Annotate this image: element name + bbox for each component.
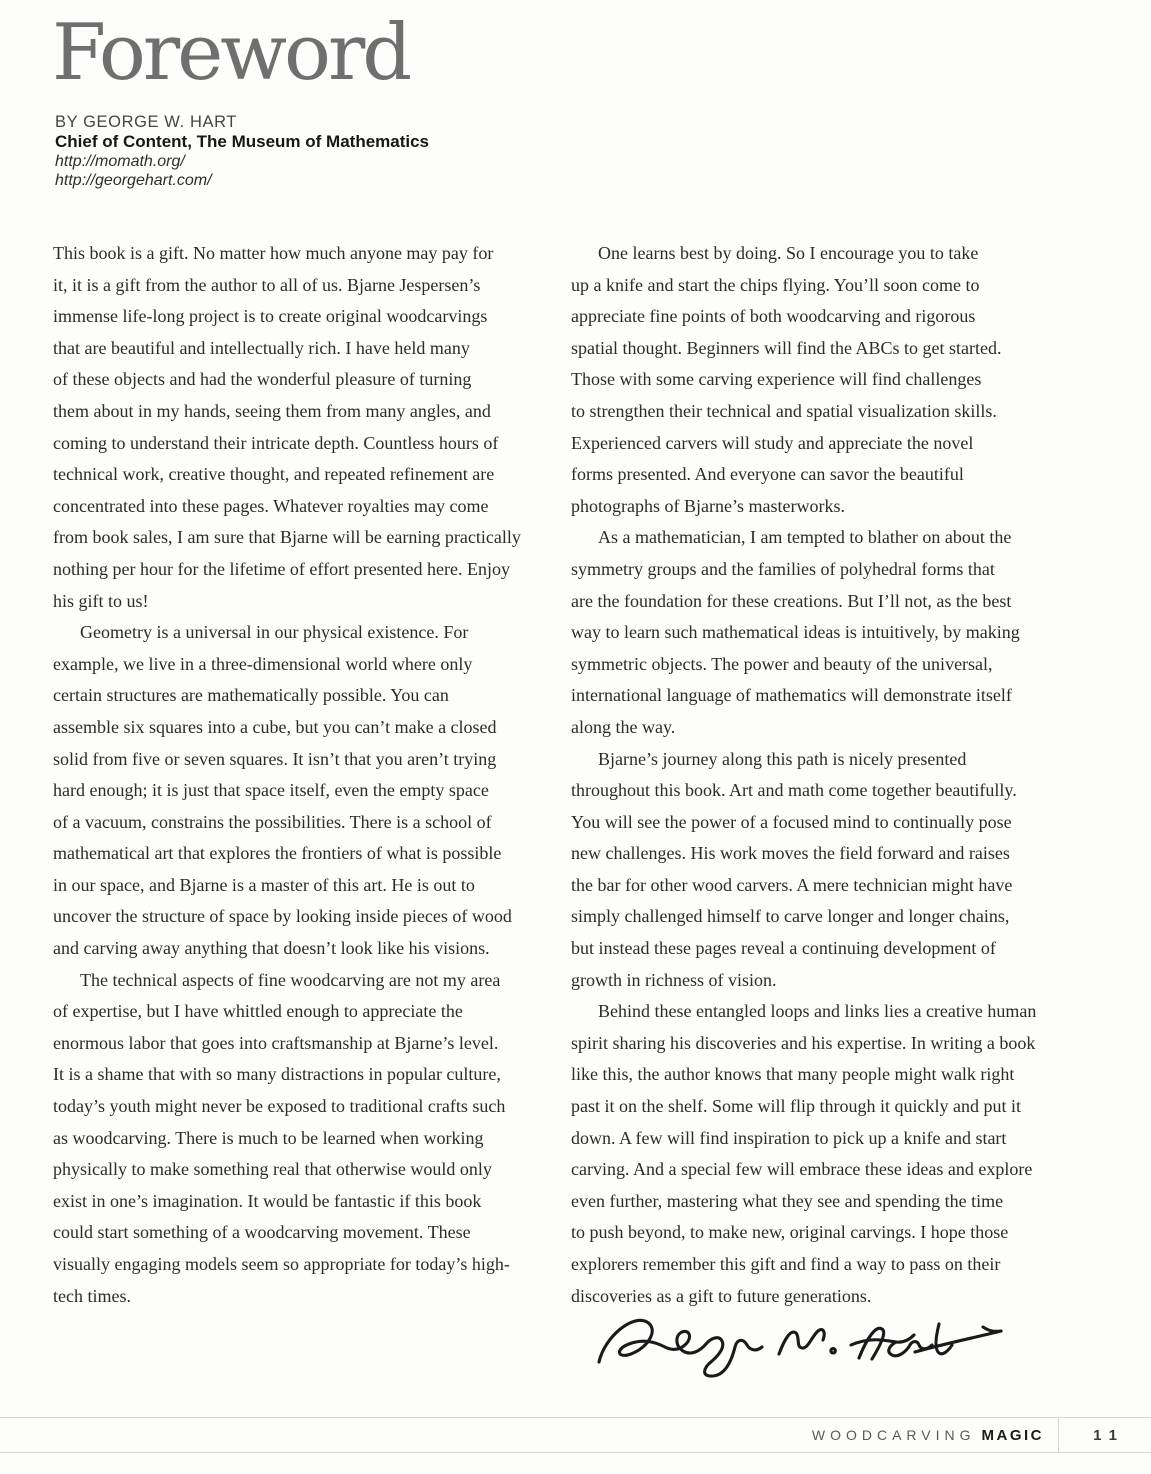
byline-role: Chief of Content, The Museum of Mathemat… bbox=[55, 132, 429, 152]
signature-stroke-tail bbox=[915, 1331, 1001, 1352]
text-column-left: This book is a gift. No matter how much … bbox=[53, 238, 598, 1312]
paragraph: The technical aspects of fine woodcarvin… bbox=[53, 965, 598, 1313]
byline-url-georgehart[interactable]: http://georgehart.com/ bbox=[55, 171, 429, 190]
footer-brand: WOODCARVING MAGIC bbox=[812, 1418, 1058, 1452]
book-page: Foreword BY GEORGE W. HART Chief of Cont… bbox=[0, 0, 1151, 1474]
paragraph: As a mathematician, I am tempted to blat… bbox=[571, 522, 1116, 743]
paragraph: Behind these entangled loops and links l… bbox=[571, 996, 1116, 1312]
paragraph: Geometry is a universal in our physical … bbox=[53, 617, 598, 965]
paragraph: Bjarne’s journey along this path is nice… bbox=[571, 744, 1116, 997]
signature-stroke-h-stem bbox=[859, 1328, 884, 1359]
page-number: 11 bbox=[1058, 1418, 1151, 1452]
signature-stroke-w bbox=[779, 1330, 824, 1354]
page-footer: WOODCARVING MAGIC 11 bbox=[0, 1417, 1151, 1453]
byline: BY GEORGE W. HART Chief of Content, The … bbox=[55, 112, 429, 190]
byline-author: BY GEORGE W. HART bbox=[55, 112, 429, 132]
page-title: Foreword bbox=[52, 14, 409, 92]
byline-url-momath[interactable]: http://momath.org/ bbox=[55, 152, 429, 171]
footer-brand-magic: MAGIC bbox=[982, 1427, 1045, 1444]
signature-stroke-period bbox=[831, 1349, 835, 1353]
paragraph: This book is a gift. No matter how much … bbox=[53, 238, 598, 617]
signature-stroke-flick bbox=[983, 1327, 1001, 1331]
signature-george-w-hart bbox=[583, 1300, 1003, 1390]
paragraph: One learns best by doing. So I encourage… bbox=[571, 238, 1116, 522]
signature-stroke-george bbox=[599, 1320, 762, 1376]
signature-stroke-t bbox=[936, 1324, 952, 1354]
footer-brand-woodcarving: WOODCARVING bbox=[812, 1427, 976, 1443]
text-column-right: One learns best by doing. So I encourage… bbox=[571, 238, 1116, 1312]
